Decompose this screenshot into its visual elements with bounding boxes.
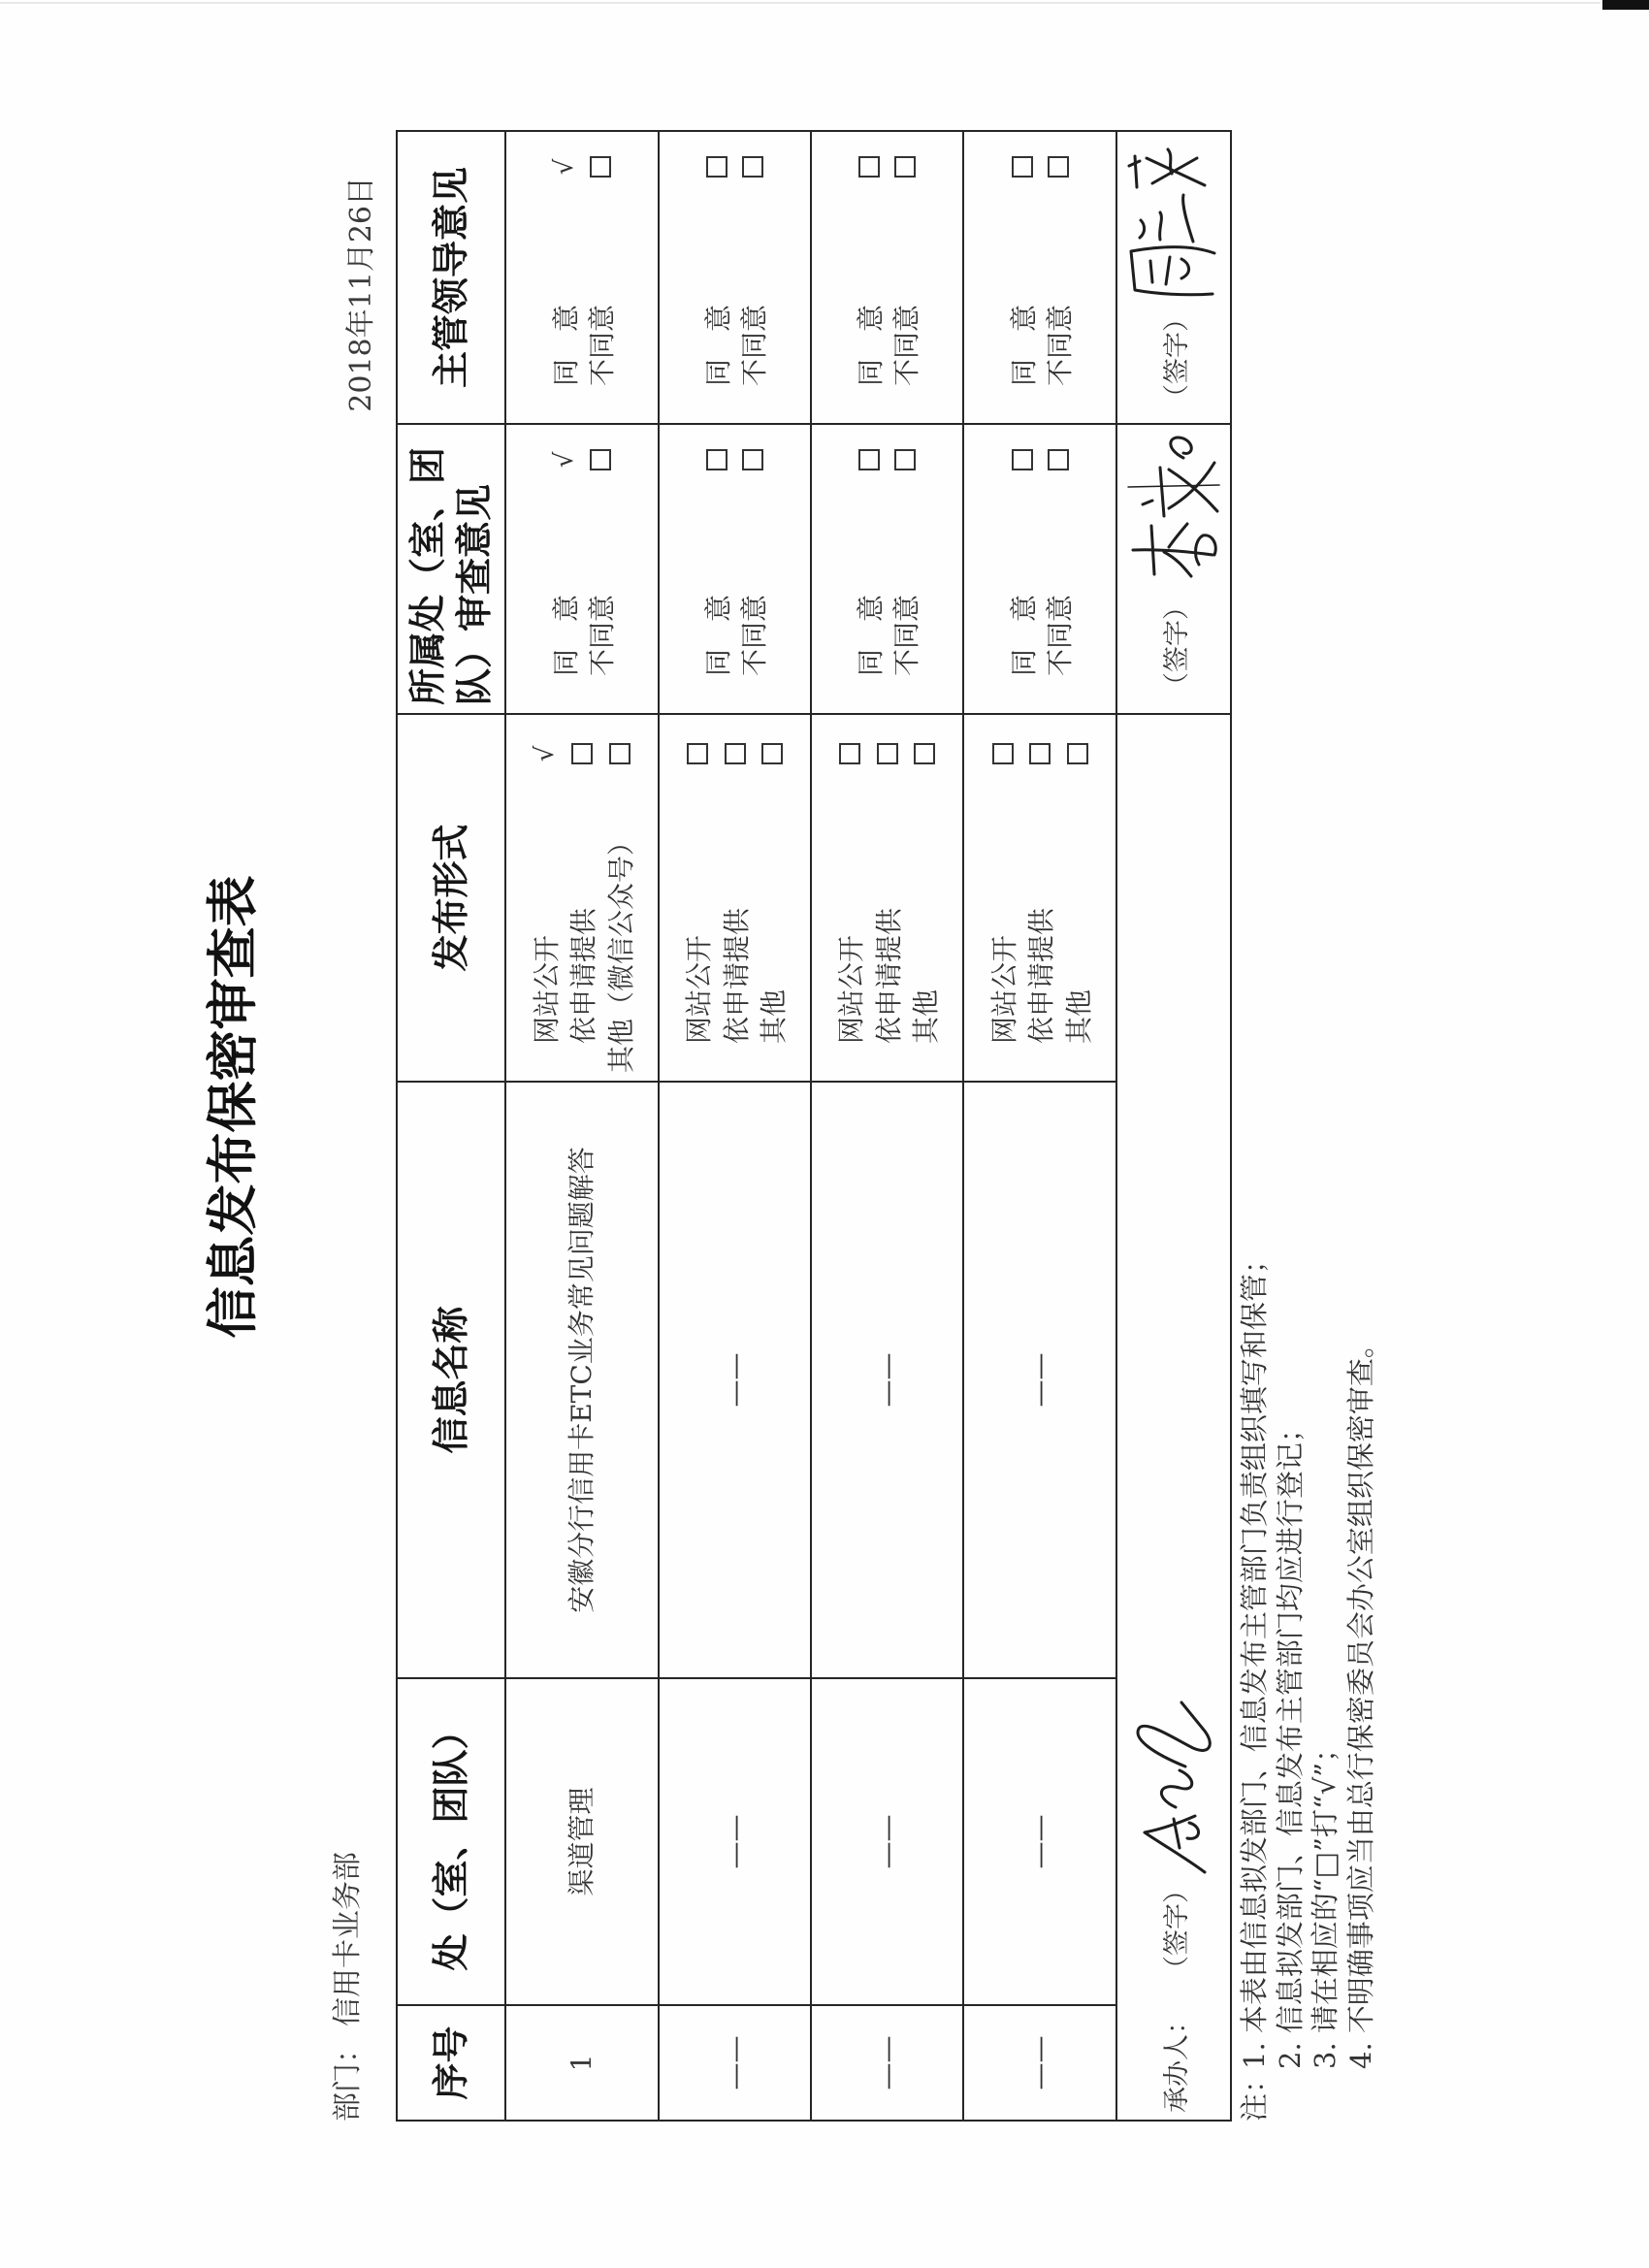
review-table: 序号 处（室、团队） 信息名称 发布形式 所属处（室、团队）审查意见 主管领导意… xyxy=(396,130,1232,2122)
checkbox xyxy=(761,743,783,764)
info-name-value: —— xyxy=(719,1353,751,1408)
publish-option: 其他 xyxy=(754,715,792,1081)
option-label: 同 意 xyxy=(697,305,736,386)
division-signature-cell: （签字） xyxy=(1116,424,1231,714)
review-option: 不同意 xyxy=(888,425,923,713)
seq-value: —— xyxy=(1023,2036,1055,2090)
notes-list: 1. 本表由信息拟发部门、信息发布主管部门负责组织填写和保管； 2. 信息拟发部… xyxy=(1237,1246,1378,2069)
checkbox xyxy=(839,743,860,764)
leader-review-cell: 同 意 不同意 xyxy=(659,131,811,424)
header-info-name: 信息名称 xyxy=(397,1082,505,1678)
checkbox xyxy=(571,743,593,764)
seq-value: 1 xyxy=(566,2055,598,2072)
option-label: 依申请提供 xyxy=(868,908,907,1044)
checkbox xyxy=(742,449,763,470)
checkbox xyxy=(706,449,727,470)
note-item: 2. 信息拟发部门、信息发布主管部门均应进行登记； xyxy=(1273,1246,1309,2069)
checkbox xyxy=(1012,156,1033,178)
review-option: 同 意√ xyxy=(546,425,582,713)
option-label: 其他（微信公众号） xyxy=(600,828,639,1073)
option-label: 不同意 xyxy=(581,305,620,386)
division-review-cell: 同 意 不同意 xyxy=(963,424,1116,714)
handwritten-signature xyxy=(1125,145,1222,302)
option-label: 网站公开 xyxy=(678,935,717,1044)
division-value: —— xyxy=(871,1815,903,1869)
publish-option: 依申请提供 xyxy=(1021,715,1059,1081)
seq-value: —— xyxy=(719,2036,751,2090)
leader-review-cell: 同 意 不同意 xyxy=(963,131,1116,424)
publish-option: 网站公开 xyxy=(984,715,1021,1081)
division-value: —— xyxy=(1023,1815,1055,1869)
checkbox xyxy=(992,743,1014,764)
option-label: 同 意 xyxy=(545,305,584,386)
header-division-review: 所属处（室、团队）审查意见 xyxy=(397,424,505,714)
publish-form-cell: 网站公开√ 依申请提供 其他（微信公众号） xyxy=(505,714,659,1082)
option-label: 依申请提供 xyxy=(563,908,601,1044)
review-option: 不同意 xyxy=(888,132,923,423)
sign-label: （签字） xyxy=(1155,306,1193,410)
checkbox xyxy=(687,743,708,764)
table-header-row: 序号 处（室、团队） 信息名称 发布形式 所属处（室、团队）审查意见 主管领导意… xyxy=(397,131,505,2121)
publish-option: 其他（微信公众号） xyxy=(600,715,638,1081)
checkbox xyxy=(877,743,898,764)
seq-cell: —— xyxy=(659,2005,811,2121)
option-label: 网站公开 xyxy=(526,935,565,1044)
review-option: 同 意 xyxy=(699,425,735,713)
option-label: 同 意 xyxy=(545,595,584,676)
info-name-value: —— xyxy=(871,1353,903,1408)
review-option: 不同意 xyxy=(1040,132,1076,423)
division-review-cell: 同 意 不同意 xyxy=(811,424,963,714)
leader-signature-cell: （签字） xyxy=(1116,131,1231,424)
publish-option: 依申请提供 xyxy=(868,715,906,1081)
option-label: 不同意 xyxy=(1039,595,1078,676)
handler-label: 承办人： xyxy=(1155,2008,1193,2113)
table-row: 1 渠道管理 安徽分行信用卡ETC业务常见问题解答 网站公开√ 依申请提供 其他… xyxy=(505,131,659,2121)
option-label: 同 意 xyxy=(1003,305,1042,386)
scanned-page: 信息发布保密审查表 部门：信用卡业务部 2018年11月26日 序号 处（室、团… xyxy=(0,0,1649,2268)
review-option: 不同意 xyxy=(735,425,771,713)
review-option: 同 意 xyxy=(852,132,888,423)
option-label: 不同意 xyxy=(733,305,772,386)
table-row: —— —— —— 网站公开 依申请提供 其他 同 意 不同意 xyxy=(963,131,1116,2121)
leader-review-cell: 同 意 不同意 xyxy=(811,131,963,424)
checkbox: √ xyxy=(554,156,575,178)
option-label: 其他 xyxy=(753,989,792,1044)
option-label: 不同意 xyxy=(581,595,620,676)
option-label: 网站公开 xyxy=(830,935,869,1044)
review-option: 不同意 xyxy=(582,425,618,713)
division-value: —— xyxy=(719,1815,751,1869)
division-cell: —— xyxy=(811,1678,963,2005)
publish-option: 网站公开 xyxy=(831,715,869,1081)
option-label: 不同意 xyxy=(733,595,772,676)
option-label: 依申请提供 xyxy=(716,908,755,1044)
table-row: —— —— —— 网站公开 依申请提供 其他 同 意 不同意 xyxy=(811,131,963,2121)
publish-option: 网站公开 xyxy=(679,715,717,1081)
header-leader-review: 主管领导意见 xyxy=(397,131,505,424)
sign-label: （签字） xyxy=(1155,594,1193,698)
review-option: 同 意 xyxy=(699,132,735,423)
checkbox xyxy=(590,449,611,470)
division-cell: 渠道管理 xyxy=(505,1678,659,2005)
checkbox xyxy=(1067,743,1088,764)
option-label: 不同意 xyxy=(886,305,924,386)
checkbox: √ xyxy=(554,449,575,470)
note-item: 1. 本表由信息拟发部门、信息发布主管部门负责组织填写和保管； xyxy=(1237,1246,1273,2069)
checkbox xyxy=(706,156,727,178)
option-label: 不同意 xyxy=(886,595,924,676)
seq-value: —— xyxy=(871,2036,903,2090)
checkbox: √ xyxy=(534,743,556,764)
form-date: 2018年11月26日 xyxy=(343,177,380,468)
signature-row: 承办人： （签字） xyxy=(1116,131,1231,2121)
publish-form-cell: 网站公开 依申请提供 其他 xyxy=(963,714,1116,1082)
checkbox xyxy=(742,156,763,178)
division-cell: —— xyxy=(963,1678,1116,2005)
checkbox xyxy=(1029,743,1051,764)
leader-review-cell: 同 意√ 不同意 xyxy=(505,131,659,424)
publish-option: 其他 xyxy=(1058,715,1096,1081)
table-row: —— —— —— 网站公开 依申请提供 其他 同 意 不同意 xyxy=(659,131,811,2121)
publish-form-cell: 网站公开 依申请提供 其他 xyxy=(811,714,963,1082)
checkbox xyxy=(1012,449,1033,470)
option-label: 依申请提供 xyxy=(1020,908,1059,1044)
seq-cell: —— xyxy=(811,2005,963,2121)
department-value: 信用卡业务部 xyxy=(331,1852,365,2026)
form-title: 信息发布保密审查表 xyxy=(204,0,262,2268)
option-label: 其他 xyxy=(1058,989,1097,1044)
division-review-cell: 同 意√ 不同意 xyxy=(505,424,659,714)
review-form: 信息发布保密审查表 部门：信用卡业务部 2018年11月26日 序号 处（室、团… xyxy=(0,0,1649,2268)
review-option: 同 意 xyxy=(1004,425,1040,713)
review-option: 同 意 xyxy=(1004,132,1040,423)
division-review-cell: 同 意 不同意 xyxy=(659,424,811,714)
option-label: 同 意 xyxy=(697,595,736,676)
info-name-value: —— xyxy=(1023,1353,1055,1408)
handwritten-signature xyxy=(1125,429,1222,584)
note-item: 3. 请在相应的“□”打“√”； xyxy=(1308,1246,1343,2069)
note-item: 4. 不明确事项应当由总行保密委员会办公室组织保密审查。 xyxy=(1343,1246,1379,2069)
info-name-cell: —— xyxy=(963,1082,1116,1678)
checkbox xyxy=(914,743,935,764)
checkbox xyxy=(858,449,880,470)
sign-label: （签字） xyxy=(1155,1877,1193,1982)
publish-option: 网站公开√ xyxy=(526,715,564,1081)
seq-cell: 1 xyxy=(505,2005,659,2121)
checkbox xyxy=(858,156,880,178)
seq-cell: —— xyxy=(963,2005,1116,2121)
checkbox xyxy=(609,743,630,764)
notes-section: 注： 1. 本表由信息拟发部门、信息发布主管部门负责组织填写和保管； 2. 信息… xyxy=(1237,1246,1378,2122)
header-division: 处（室、团队） xyxy=(397,1678,505,2005)
option-label: 网站公开 xyxy=(984,935,1022,1044)
notes-label: 注： xyxy=(1237,2069,1378,2122)
publish-option: 依申请提供 xyxy=(716,715,754,1081)
option-label: 同 意 xyxy=(850,595,889,676)
checkbox xyxy=(1048,156,1069,178)
info-name-cell: —— xyxy=(659,1082,811,1678)
review-option: 同 意 xyxy=(852,425,888,713)
checkbox xyxy=(725,743,746,764)
info-name-value: 安徽分行信用卡ETC业务常见问题解答 xyxy=(566,1147,598,1613)
header-seq: 序号 xyxy=(397,2005,505,2121)
department-line: 部门：信用卡业务部 xyxy=(330,1852,367,2122)
info-name-cell: —— xyxy=(811,1082,963,1678)
department-label: 部门： xyxy=(331,2034,365,2122)
publish-option: 其他 xyxy=(906,715,944,1081)
publish-form-cell: 网站公开 依申请提供 其他 xyxy=(659,714,811,1082)
division-value: 渠道管理 xyxy=(566,1788,598,1896)
header-publish-form: 发布形式 xyxy=(397,714,505,1082)
handler-signature-cell: 承办人： （签字） xyxy=(1116,714,1231,2121)
option-label: 不同意 xyxy=(1039,305,1078,386)
checkbox xyxy=(1048,449,1069,470)
review-option: 同 意√ xyxy=(546,132,582,423)
division-cell: —— xyxy=(659,1678,811,2005)
checkbox xyxy=(590,156,611,178)
checkbox xyxy=(894,156,916,178)
option-label: 同 意 xyxy=(850,305,889,386)
review-option: 不同意 xyxy=(582,132,618,423)
publish-option: 依申请提供 xyxy=(564,715,601,1081)
review-option: 不同意 xyxy=(735,132,771,423)
review-option: 不同意 xyxy=(1040,425,1076,713)
checkbox xyxy=(894,449,916,470)
handwritten-signature xyxy=(1125,1698,1222,1877)
option-label: 其他 xyxy=(905,989,944,1044)
option-label: 同 意 xyxy=(1003,595,1042,676)
info-name-cell: 安徽分行信用卡ETC业务常见问题解答 xyxy=(505,1082,659,1678)
